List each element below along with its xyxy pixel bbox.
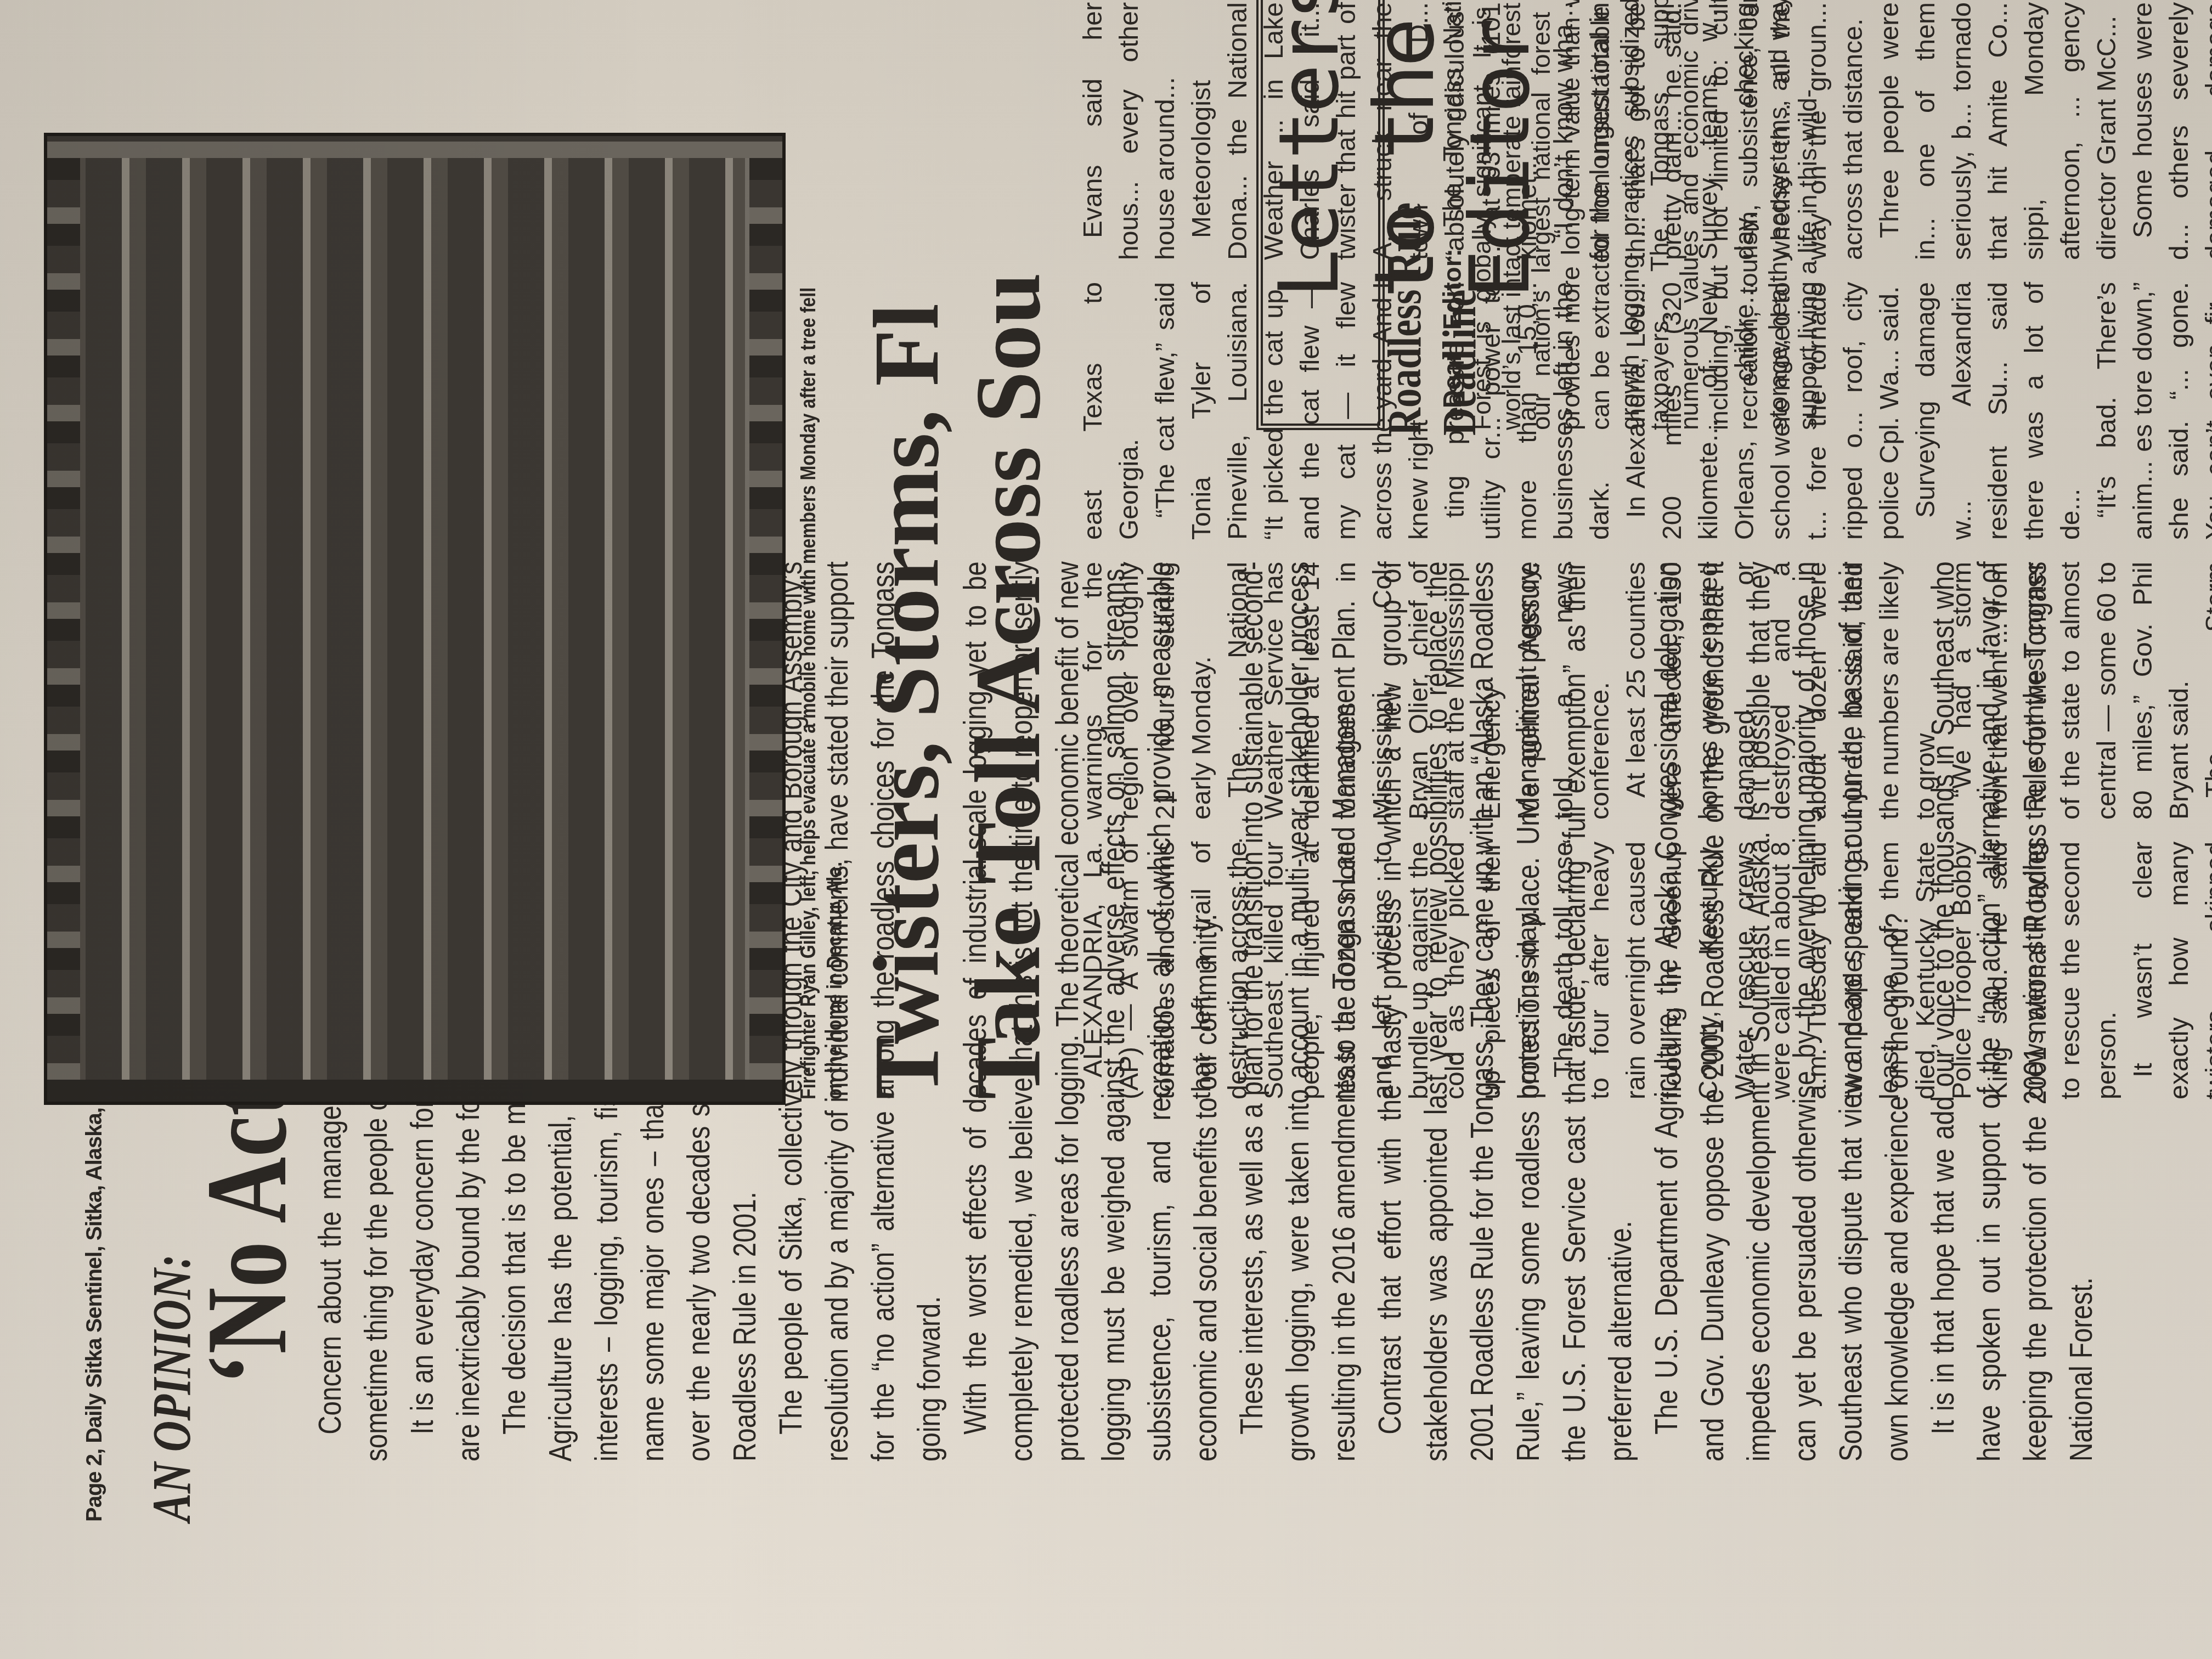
story-paragraph: The death toll rose to four after heavy … (1546, 842, 2125, 1099)
story-paragraph: At least 25 counties were affected, 150 … (1618, 562, 1944, 820)
letter-body: Dear Editor: The Tongass National Forest… (1437, 0, 1852, 430)
letter-salutation: Dear Editor: (1438, 249, 1466, 408)
news-photo-firefighter (44, 133, 786, 1105)
story-paragraph: Surveying damage w... Alexandria residen… (1908, 282, 2089, 540)
newspaper-page: Page 2, Daily Sitka Sentinel, Sitka, Ala… (0, 0, 2212, 1659)
photo-caption: Firefighter Ryan Gilley, left, helps eva… (795, 279, 848, 1099)
storm-headline-line-1: Twisters, Storms, Fl (856, 273, 957, 1099)
story-paragraph: ALEXANDRIA, La. (AP) — A swarm of tornad… (1075, 842, 1546, 1099)
storm-story-headline: Twisters, Storms, Fl Take Toll Across So… (856, 273, 1059, 1099)
letter-paragraph: Dear Editor: The Tongass National Forest… (1437, 0, 1822, 430)
story-paragraph: Three people were in... one of them seri… (1872, 2, 2125, 260)
story-paragraph: “We had a storm front that went ... from… (1944, 562, 2198, 820)
story-paragraph: Evans said her hous... every other house… (1075, 2, 1184, 260)
storm-headline-line-2: Take Toll Across Sou (957, 273, 1059, 1099)
story-paragraph: The National Weather Service has identif… (1220, 562, 1618, 820)
story-paragraph: “It’s bad. There’s anim... es tore down,… (2089, 282, 2212, 540)
photo-image (80, 158, 749, 1080)
letter-text: The Tongass National Forest is globally … (1438, 0, 1822, 430)
story-paragraph: Some houses were d... others severely da… (2125, 2, 2212, 260)
